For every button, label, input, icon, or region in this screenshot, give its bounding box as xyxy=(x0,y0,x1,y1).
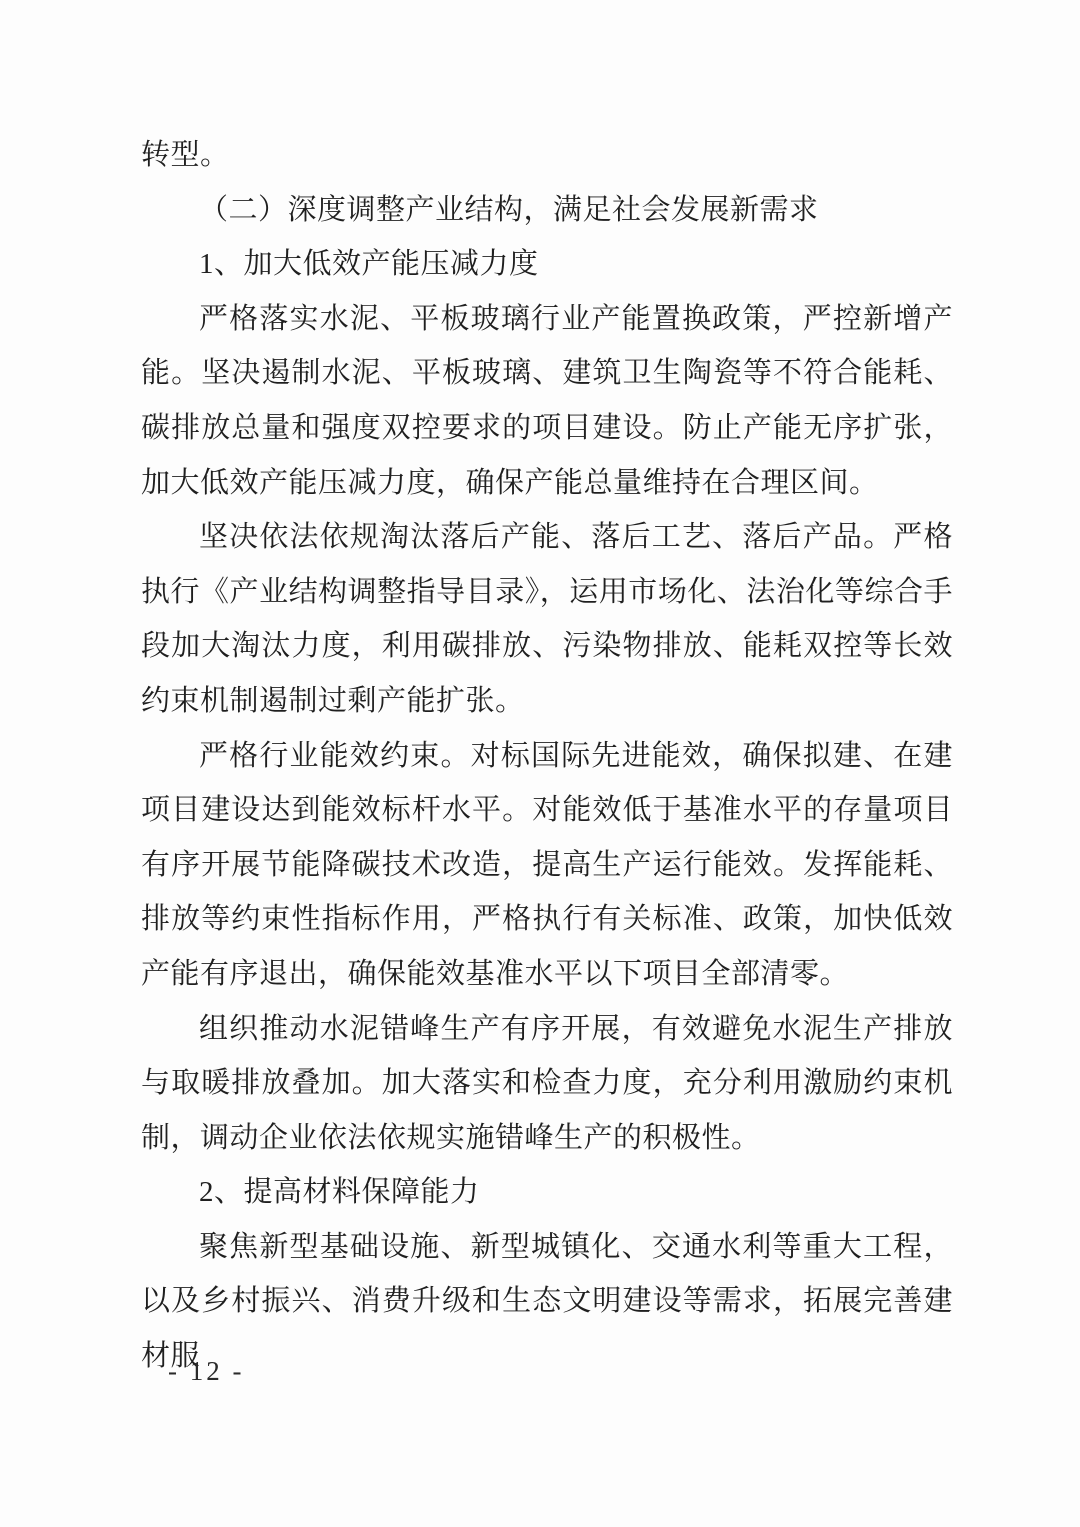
subsection-heading-2: 2、提高材料保障能力 xyxy=(141,1165,953,1220)
document-body: 转型。 （二）深度调整产业结构，满足社会发展新需求 1、加大低效产能压减力度 严… xyxy=(141,128,953,1384)
paragraph-material-guarantee: 聚焦新型基础设施、新型城镇化、交通水利等重大工程，以及乡村振兴、消费升级和生态文… xyxy=(141,1220,953,1384)
paragraph-offpeak-cement-production: 组织推动水泥错峰生产有序开展，有效避免水泥生产排放与取暖排放叠加。加大落实和检查… xyxy=(141,1002,953,1166)
subsection-heading-1: 1、加大低效产能压减力度 xyxy=(141,237,953,292)
document-page: 转型。 （二）深度调整产业结构，满足社会发展新需求 1、加大低效产能压减力度 严… xyxy=(0,0,1080,1527)
page-number: - 12 - xyxy=(168,1356,244,1387)
paragraph-energy-efficiency-constraints: 严格行业能效约束。对标国际先进能效，确保拟建、在建项目建设达到能效标杆水平。对能… xyxy=(141,729,953,1002)
paragraph-eliminate-backward-capacity: 坚决依法依规淘汰落后产能、落后工艺、落后产品。严格执行《产业结构调整指导目录》，… xyxy=(141,510,953,728)
section-heading-2: （二）深度调整产业结构，满足社会发展新需求 xyxy=(141,183,953,238)
paragraph-capacity-reduction: 严格落实水泥、平板玻璃行业产能置换政策，严控新增产能。坚决遏制水泥、平板玻璃、建… xyxy=(141,292,953,510)
paragraph-tail-previous-page: 转型。 xyxy=(141,128,953,183)
